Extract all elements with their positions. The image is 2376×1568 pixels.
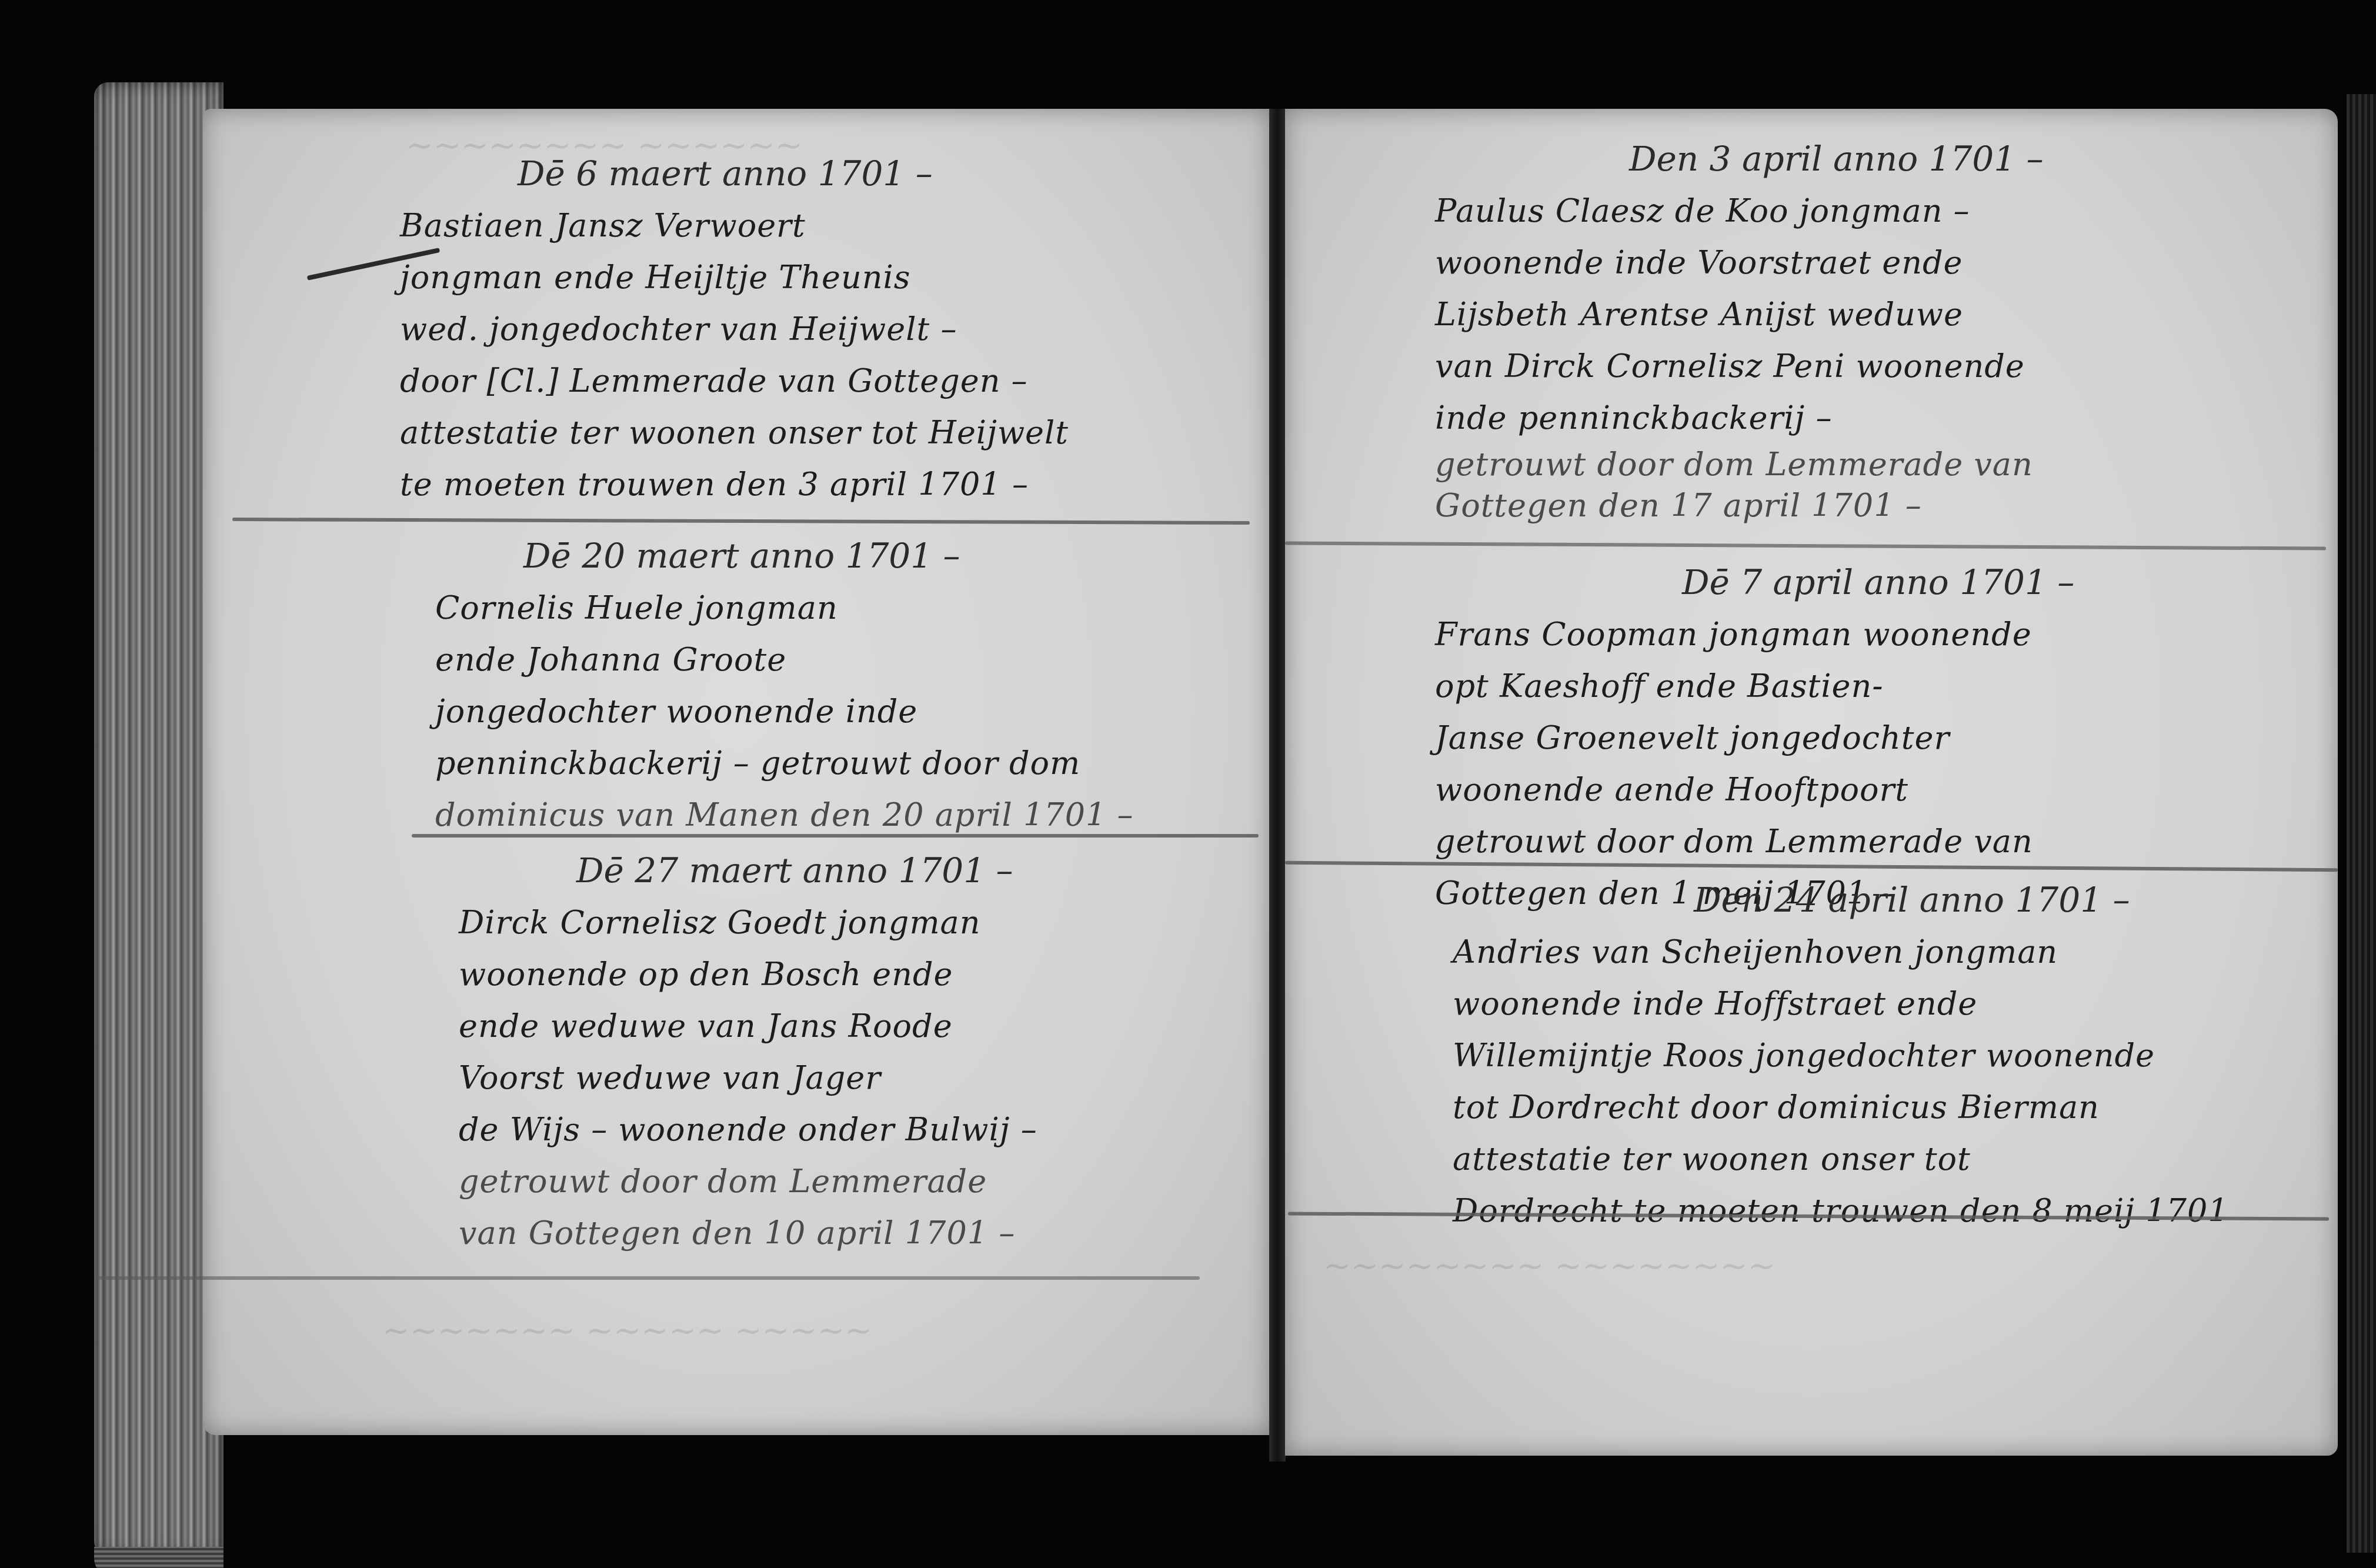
right-page-edges	[2347, 94, 2376, 1553]
register-entry: Dē 20 maert anno 1701 – Cornelis Huele j…	[435, 529, 1134, 841]
entry-line: Lijsbeth Arentse Anijst weduwe	[1435, 289, 2044, 341]
entry-line: door [Cl.] Lemmerade van Gottegen –	[400, 355, 1069, 407]
entry-line: dominicus van Manen den 20 april 1701 –	[435, 789, 1134, 841]
entry-line: Dordrecht te moeten trouwen den 8 meij 1…	[1453, 1185, 2229, 1237]
entry-line: jongman ende Heijltje Theunis	[400, 252, 1069, 303]
entry-line: Gottegen den 17 april 1701 –	[1435, 485, 2044, 526]
register-entry: Dē 6 maert anno 1701 – Bastiaen Jansz Ve…	[400, 147, 1069, 511]
entry-separator	[94, 1276, 1200, 1280]
entry-line: attestatie ter woonen onser tot	[1453, 1133, 2229, 1185]
entry-line: opt Kaeshoff ende Bastien-	[1435, 660, 2074, 712]
entry-line: woonende op den Bosch ende	[459, 949, 1037, 1000]
entry-line: Janse Groenevelt jongedochter	[1435, 712, 2074, 764]
entry-line: Bastiaen Jansz Verwoert	[400, 200, 1069, 252]
show-through-text: ~~~~~~~ ~~~~~ ~~~~~	[382, 1312, 872, 1350]
entry-line: getrouwt door dom Lemmerade van	[1435, 816, 2074, 868]
entry-date-heading: Dē 27 maert anno 1701 –	[459, 844, 1037, 897]
register-entry: Den 3 april anno 1701 – Paulus Claesz de…	[1435, 132, 2044, 526]
entry-date-heading: Den 24 april anno 1701 –	[1453, 873, 2229, 926]
entry-line: getrouwt door dom Lemmerade	[459, 1156, 1037, 1207]
entry-line: Andries van Scheijenhoven jongman	[1453, 926, 2229, 978]
register-entry: Dē 27 maert anno 1701 – Dirck Cornelisz …	[459, 844, 1037, 1259]
entry-line: inde penninckbackerij –	[1435, 392, 2044, 444]
entry-line: wed. jongedochter van Heijwelt –	[400, 303, 1069, 355]
show-through-text: ~~~~~~~~ ~~~~~~~~	[1323, 1247, 1776, 1285]
entry-date-heading: Dē 6 maert anno 1701 –	[400, 147, 1069, 200]
entry-line: attestatie ter woonen onser tot Heijwelt	[400, 407, 1069, 459]
entry-line: getrouwt door dom Lemmerade van	[1435, 444, 2044, 485]
entry-line: de Wijs – woonende onder Bulwij –	[459, 1104, 1037, 1156]
entry-line: woonende inde Hoffstraet ende	[1453, 978, 2229, 1030]
register-entry: Den 24 april anno 1701 – Andries van Sch…	[1453, 873, 2229, 1237]
entry-date-heading: Dē 20 maert anno 1701 –	[435, 529, 1134, 582]
entry-line: Frans Coopman jongman woonende	[1435, 609, 2074, 660]
entry-line: Willemijntje Roos jongedochter woonende	[1453, 1030, 2229, 1082]
entry-line: van Dirck Cornelisz Peni woonende	[1435, 341, 2044, 392]
entry-date-heading: Dē 7 april anno 1701 –	[1435, 556, 2074, 609]
entry-line: tot Dordrecht door dominicus Bierman	[1453, 1082, 2229, 1133]
entry-line: ende weduwe van Jans Roode	[459, 1000, 1037, 1052]
entry-line: Cornelis Huele jongman	[435, 582, 1134, 634]
register-spread: ~~~~~~~~ ~~~~~~ ~~~~~~~ ~~~~~ ~~~~~ ~~~~…	[0, 0, 2376, 1568]
entry-line: ende Johanna Groote	[435, 634, 1134, 686]
book-gutter	[1269, 109, 1286, 1462]
entry-line: woonende aende Hooftpoort	[1435, 764, 2074, 816]
entry-line: woonende inde Voorstraet ende	[1435, 237, 2044, 289]
entry-line: Voorst weduwe van Jager	[459, 1052, 1037, 1104]
entry-line: penninckbackerij – getrouwt door dom	[435, 738, 1134, 789]
entry-separator	[412, 834, 1259, 838]
entry-date-heading: Den 3 april anno 1701 –	[1435, 132, 2044, 185]
entry-line: te moeten trouwen den 3 april 1701 –	[400, 459, 1069, 511]
entry-line: van Gottegen den 10 april 1701 –	[459, 1207, 1037, 1259]
entry-line: jongedochter woonende inde	[435, 686, 1134, 738]
entry-line: Dirck Cornelisz Goedt jongman	[459, 897, 1037, 949]
entry-line: Paulus Claesz de Koo jongman –	[1435, 185, 2044, 237]
